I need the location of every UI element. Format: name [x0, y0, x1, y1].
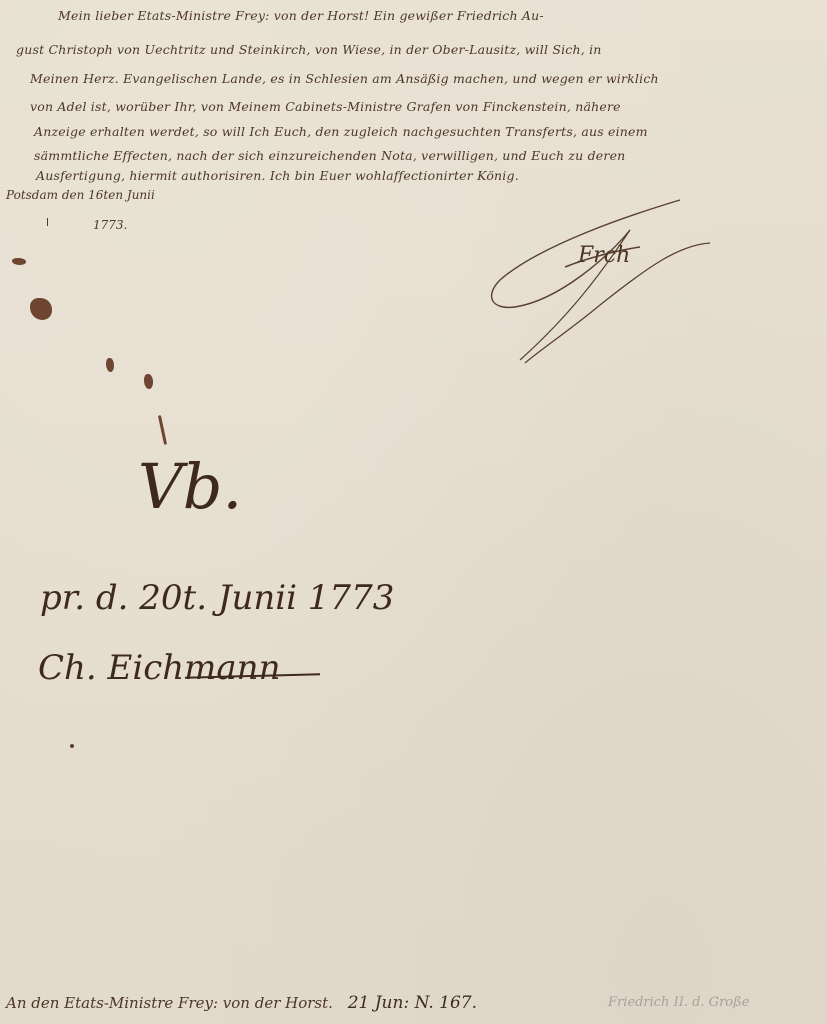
- ink-dot: [70, 744, 74, 748]
- margin-tick: [47, 218, 48, 226]
- letter-line-4-text: von Adel ist, worüber Ihr, von Meinem Ca…: [30, 99, 621, 114]
- clerk-annotation: Ch. Eichmann: [38, 648, 280, 688]
- letter-line-4: von Adel ist, worüber Ihr, von Meinem Ca…: [30, 101, 621, 114]
- pencil-note: Friedrich II. d. Große: [608, 995, 750, 1010]
- ink-stroke: [158, 415, 167, 445]
- letter-line-7: Ausfertigung, hiermit authorisiren. Ich …: [36, 170, 519, 183]
- signature-flourish-icon: Frch: [480, 195, 730, 370]
- letter-line-6-text: sämmtliche Effecten, nach der sich einzu…: [34, 148, 625, 163]
- registry-number: 21 Jun: N. 167.: [348, 993, 477, 1013]
- address-line: An den Etats-Ministre Frey: von der Hors…: [6, 993, 477, 1013]
- ink-stain: [30, 298, 52, 320]
- ink-stain: [106, 358, 114, 372]
- ink-stain: [144, 374, 153, 389]
- recipient-address: An den Etats-Ministre Frey: von der Hors…: [6, 994, 333, 1012]
- royal-signature: Frch: [480, 195, 730, 370]
- presented-date-annotation: pr. d. 20t. Junii 1773: [40, 578, 394, 618]
- svg-text:Frch: Frch: [577, 243, 630, 268]
- letter-line-3: Meinen Herz. Evangelischen Lande, es in …: [30, 73, 659, 86]
- letter-line-3-text: Meinen Herz. Evangelischen Lande, es in …: [30, 71, 659, 86]
- ink-stain: [12, 258, 26, 265]
- letter-line-6: sämmtliche Effecten, nach der sich einzu…: [34, 150, 625, 163]
- letter-year: 1773.: [93, 218, 127, 232]
- letter-line-5: Anzeige erhalten werdet, so will Ich Euc…: [34, 126, 648, 139]
- letter-line-5-text: Anzeige erhalten werdet, so will Ich Euc…: [34, 124, 648, 139]
- letter-line-2: gust Christoph von Uechtritz und Steinki…: [16, 44, 602, 57]
- place-date: Potsdam den 16ten Junii: [6, 188, 155, 202]
- letter-line-1: Mein lieber Etats-Ministre Frey: von der…: [58, 10, 544, 23]
- letter-page: Mein lieber Etats-Ministre Frey: von der…: [0, 0, 827, 1024]
- letter-line-2-text: gust Christoph von Uechtritz und Steinki…: [16, 42, 602, 57]
- letter-line-7-text: Ausfertigung, hiermit authorisiren. Ich …: [36, 168, 519, 183]
- letter-line-1-text: Mein lieber Etats-Ministre Frey: von der…: [58, 8, 544, 23]
- vb-annotation: Vb.: [138, 450, 242, 523]
